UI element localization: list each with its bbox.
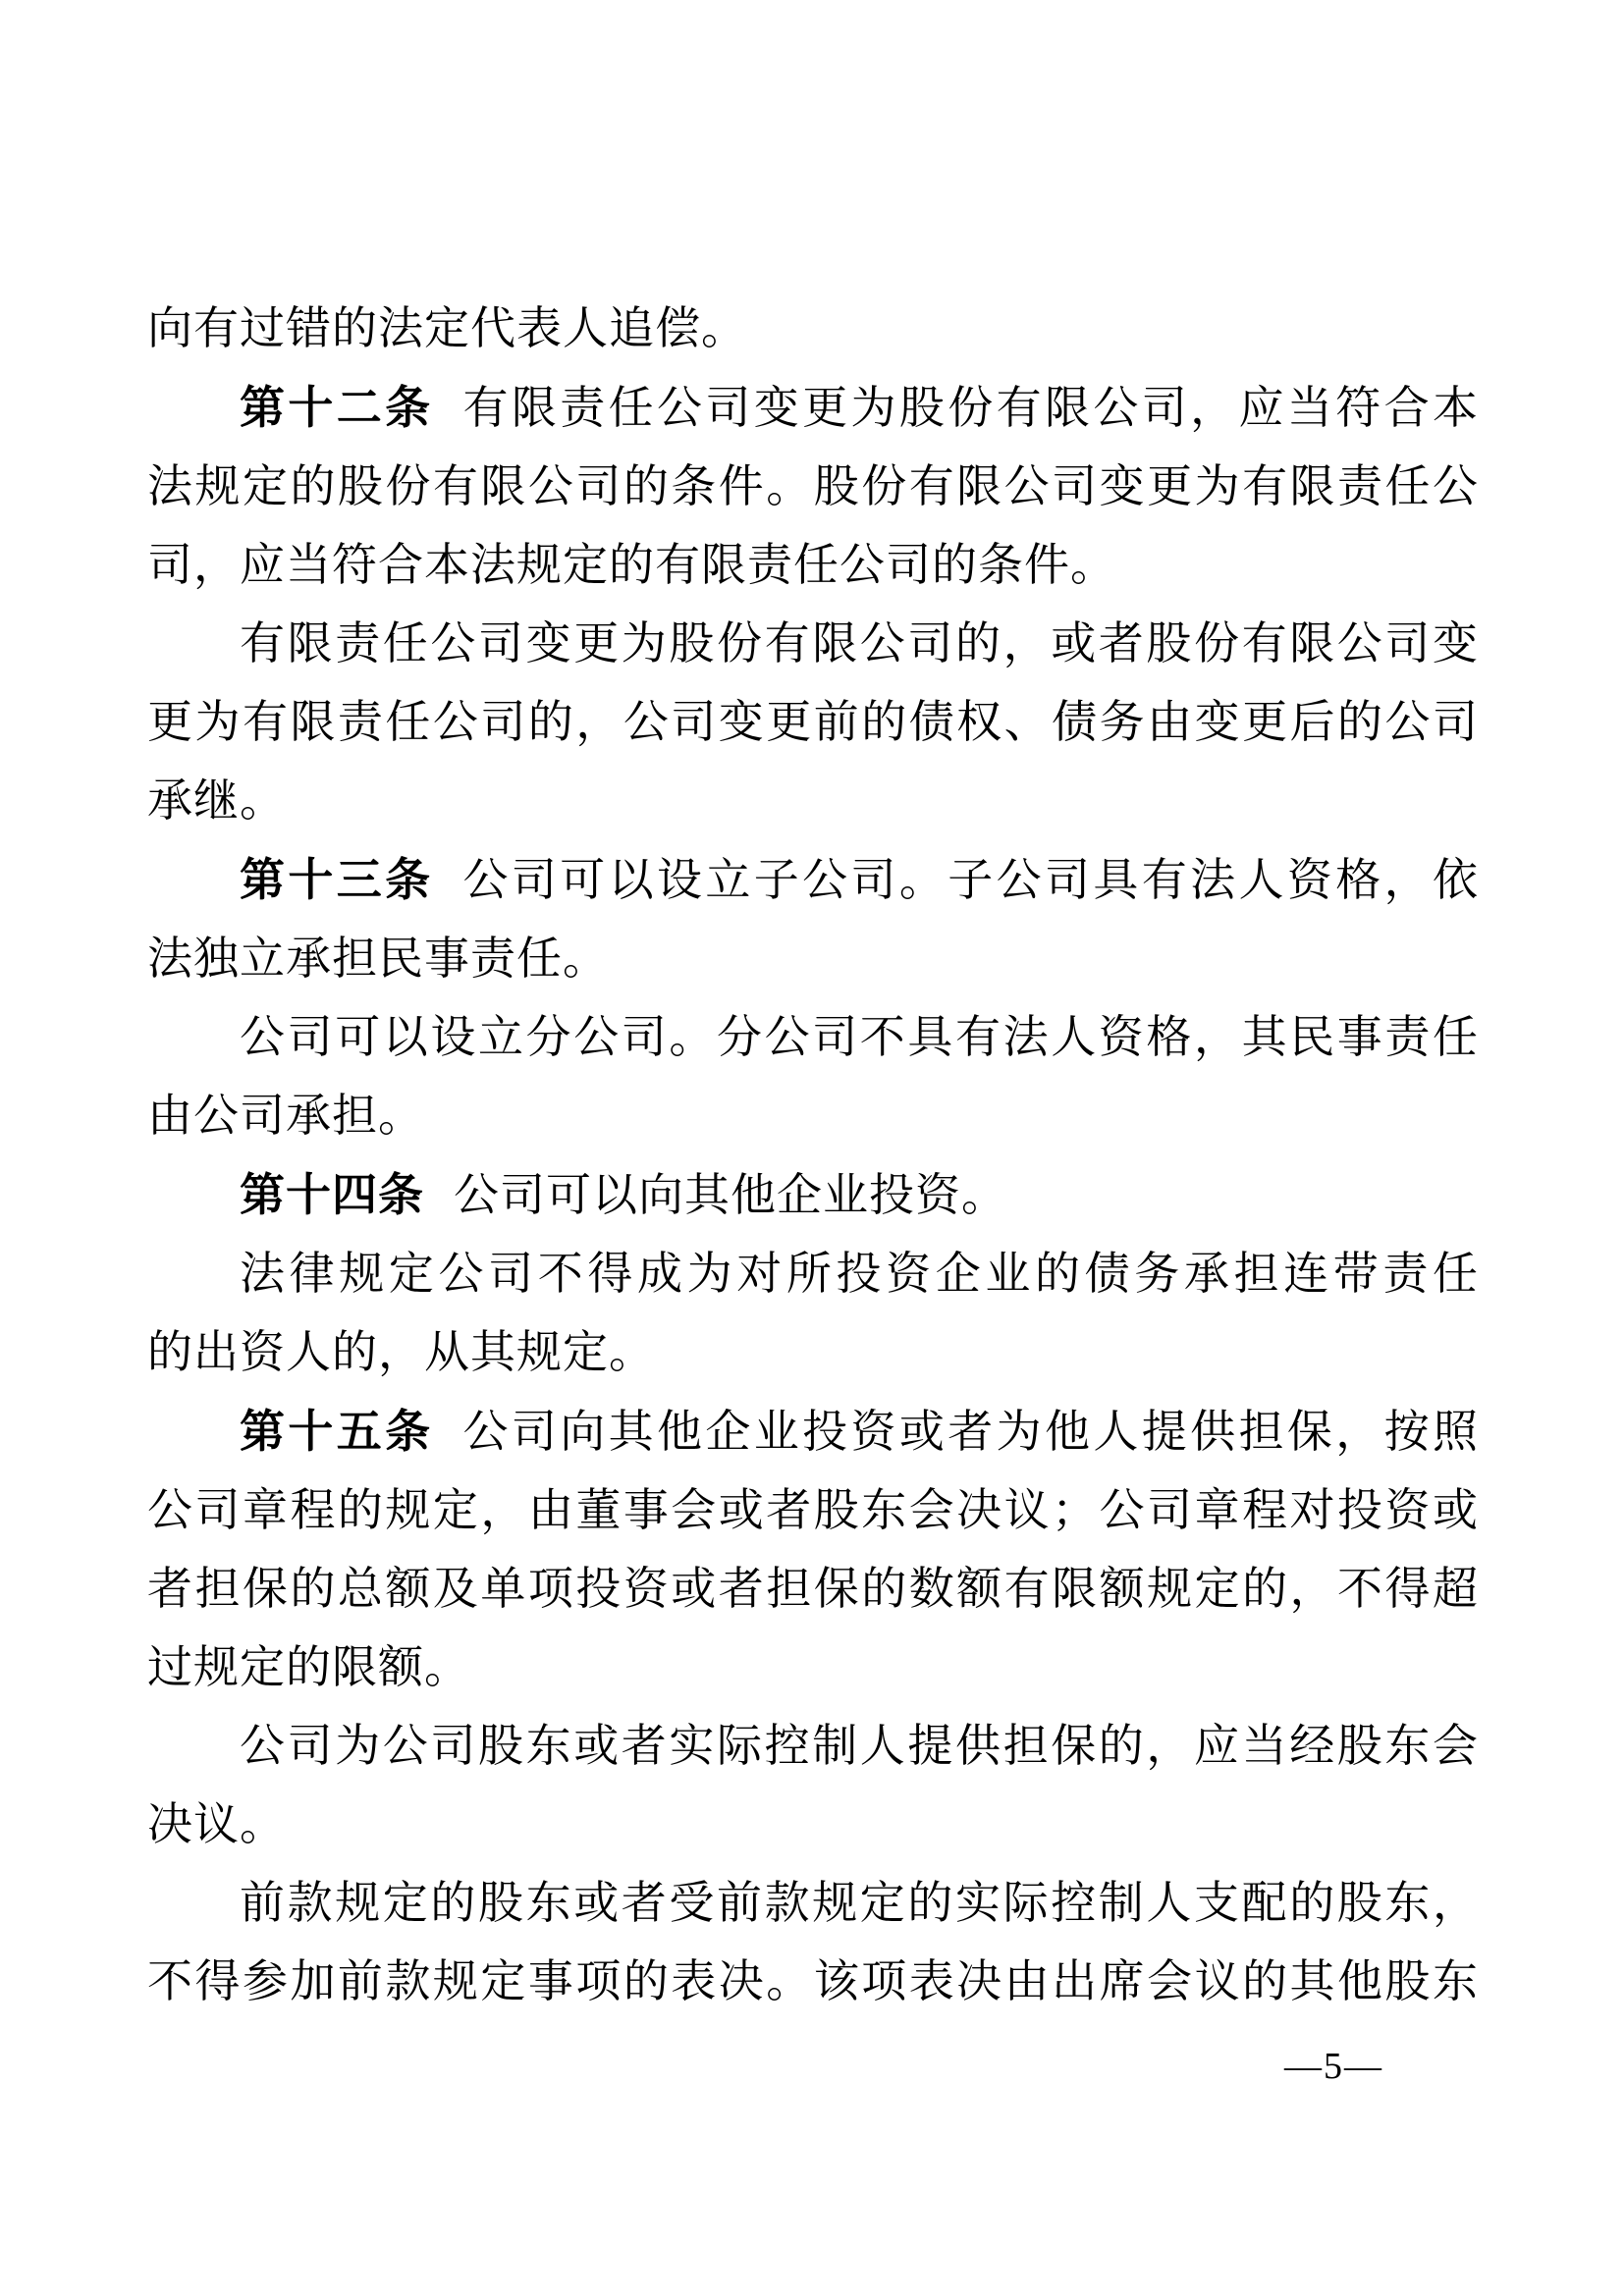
text-line: 法律规定公司不得成为对所投资企业的债务承担连带责任: [147, 1235, 1479, 1313]
text-line: 司，应当符合本法规定的有限责任公司的条件。: [147, 526, 1479, 605]
text-line: 不得参加前款规定事项的表决。该项表决由出席会议的其他股东: [147, 1943, 1479, 2021]
article-number-label: 第十四条: [240, 1169, 424, 1220]
text-line: 第十四条公司可以向其他企业投资。: [147, 1155, 1479, 1235]
line-text: 的出资人的，从其规定。: [147, 1327, 655, 1377]
text-line: 法独立承担民事责任。: [147, 920, 1479, 998]
line-text: 者担保的总额及单项投资或者担保的数额有限额规定的，不得超: [147, 1564, 1479, 1614]
line-text: 法独立承担民事责任。: [147, 934, 609, 984]
text-line: 更为有限责任公司的，公司变更前的债权、债务由变更后的公司: [147, 683, 1479, 762]
text-line: 承继。: [147, 762, 1479, 840]
line-text: 前款规定的股东或者受前款规定的实际控制人支配的股东，: [240, 1878, 1479, 1928]
line-text: 公司向其他企业投资或者为他人提供担保，按照: [463, 1407, 1480, 1457]
document-page: 向有过错的法定代表人追偿。 第十二条有限责任公司变更为股份有限公司，应当符合本 …: [0, 0, 1624, 2296]
text-line: 第十三条公司可以设立子公司。子公司具有法人资格，依: [147, 840, 1479, 920]
line-text: 向有过错的法定代表人追偿。: [147, 303, 747, 353]
article-number-label: 第十三条: [240, 854, 434, 905]
text-line: 前款规定的股东或者受前款规定的实际控制人支配的股东，: [147, 1864, 1479, 1943]
text-line: 向有过错的法定代表人追偿。: [147, 290, 1479, 368]
text-line: 公司为公司股东或者实际控制人提供担保的，应当经股东会: [147, 1707, 1479, 1786]
text-line: 公司章程的规定，由董事会或者股东会决议；公司章程对投资或: [147, 1471, 1479, 1550]
line-text: 有限责任公司变更为股份有限公司的，或者股份有限公司变: [240, 618, 1479, 668]
line-text: 公司可以设立分公司。分公司不具有法人资格，其民事责任: [240, 1012, 1479, 1062]
text-line: 第十五条公司向其他企业投资或者为他人提供担保，按照: [147, 1392, 1479, 1471]
line-text: 公司章程的规定，由董事会或者股东会决议；公司章程对投资或: [147, 1485, 1479, 1535]
line-text: 公司为公司股东或者实际控制人提供担保的，应当经股东会: [240, 1721, 1479, 1771]
line-text: 决议。: [147, 1799, 286, 1849]
text-line: 过规定的限额。: [147, 1629, 1479, 1707]
text-line: 第十二条有限责任公司变更为股份有限公司，应当符合本: [147, 368, 1479, 448]
line-text: 法律规定公司不得成为对所投资企业的债务承担连带责任: [240, 1249, 1479, 1299]
text-line: 决议。: [147, 1786, 1479, 1864]
line-text: 公司可以设立子公司。子公司具有法人资格，依: [463, 855, 1480, 905]
text-line: 由公司承担。: [147, 1077, 1479, 1155]
line-text: 更为有限责任公司的，公司变更前的债权、债务由变更后的公司: [147, 697, 1479, 747]
line-text: 公司可以向其他企业投资。: [454, 1170, 1007, 1220]
text-line: 者担保的总额及单项投资或者担保的数额有限额规定的，不得超: [147, 1550, 1479, 1629]
text-line: 的出资人的，从其规定。: [147, 1313, 1479, 1392]
line-text: 由公司承担。: [147, 1091, 424, 1141]
article-number-label: 第十五条: [240, 1406, 434, 1457]
text-line: 公司可以设立分公司。分公司不具有法人资格，其民事责任: [147, 998, 1479, 1077]
line-text: 过规定的限额。: [147, 1642, 470, 1692]
line-text: 有限责任公司变更为股份有限公司，应当符合本: [463, 383, 1480, 433]
article-number-label: 第十二条: [240, 382, 434, 433]
text-line: 法规定的股份有限公司的条件。股份有限公司变更为有限责任公: [147, 448, 1479, 526]
line-text: 承继。: [147, 775, 286, 826]
line-text: 法规定的股份有限公司的条件。股份有限公司变更为有限责任公: [147, 461, 1479, 511]
page-number: —5—: [1284, 2044, 1383, 2089]
line-text: 司，应当符合本法规定的有限责任公司的条件。: [147, 540, 1116, 590]
line-text: 不得参加前款规定事项的表决。该项表决由出席会议的其他股东: [147, 1956, 1479, 2006]
text-line: 有限责任公司变更为股份有限公司的，或者股份有限公司变: [147, 605, 1479, 683]
document-text-block: 向有过错的法定代表人追偿。 第十二条有限责任公司变更为股份有限公司，应当符合本 …: [147, 290, 1479, 2021]
